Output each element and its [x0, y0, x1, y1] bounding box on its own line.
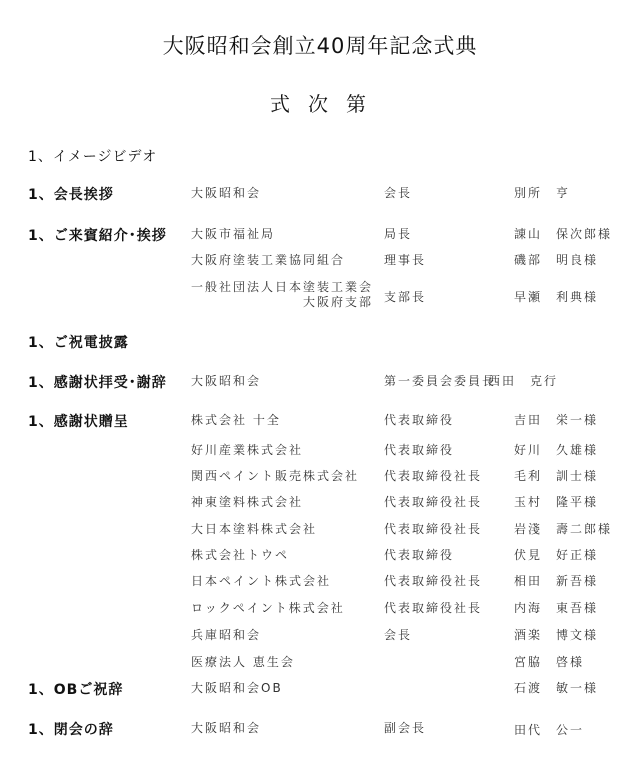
- document-subtitle: 式次第: [0, 88, 640, 117]
- program-row: 1、会長挨拶 大阪昭和会 会長 別所 亨: [0, 184, 640, 204]
- program-row: 神東塗料株式会社 代表取締役社長 玉村 隆平様: [0, 493, 640, 513]
- person-name: 西田 克行: [488, 372, 558, 389]
- person-name: 相田 新吾様: [514, 572, 598, 589]
- org-name: 好川産業株式会社: [191, 441, 303, 458]
- position-title: 代表取締役社長: [384, 572, 482, 589]
- org-name: 大阪昭和会: [191, 184, 261, 201]
- section-label: 1、OBご祝辞: [28, 679, 123, 699]
- org-name: 大阪市福祉局: [191, 225, 275, 242]
- org-name: 大日本塗料株式会社: [191, 520, 317, 537]
- org-name: 大阪昭和会OB: [191, 679, 283, 696]
- person-name: 好川 久雄様: [514, 441, 598, 458]
- section-label: 1、感謝状拝受･謝辞: [28, 372, 167, 392]
- section-label: 1、閉会の辞: [28, 719, 114, 739]
- org-name: 神東塗料株式会社: [191, 493, 303, 510]
- position-title: 代表取締役: [384, 411, 454, 428]
- program-row: 1、OBご祝辞 大阪昭和会OB 石渡 敏一様: [0, 679, 640, 699]
- org-name: 兵庫昭和会: [191, 626, 261, 643]
- position-title: 副会長: [384, 719, 426, 736]
- program-row: 大阪府支部 支部長 早瀬 利典様: [0, 293, 640, 313]
- program-row: 1、閉会の辞 大阪昭和会 副会長 田代 公一: [0, 719, 640, 739]
- org-name: 医療法人 恵生会: [191, 653, 295, 670]
- position-title: 支部長: [384, 288, 426, 305]
- person-name: 石渡 敏一様: [514, 679, 598, 696]
- position-title: 会長: [384, 184, 412, 201]
- position-title: 代表取締役社長: [384, 599, 482, 616]
- program-row: 1、イメージビデオ: [0, 146, 640, 166]
- program-row: 大阪府塗装工業協同組合 理事長 磯部 明良様: [0, 251, 640, 271]
- position-title: 局長: [384, 225, 412, 242]
- org-name: ロックペイント株式会社: [191, 599, 345, 616]
- position-title: 代表取締役: [384, 546, 454, 563]
- person-name: 吉田 栄一様: [514, 411, 598, 428]
- program-row: 株式会社トウペ 代表取締役 伏見 好正様: [0, 546, 640, 566]
- position-title: 理事長: [384, 251, 426, 268]
- program-row: 兵庫昭和会 会長 酒楽 博文様: [0, 626, 640, 646]
- person-name: 毛利 訓士様: [514, 467, 598, 484]
- section-label: 1、イメージビデオ: [28, 146, 157, 166]
- person-name: 早瀬 利典様: [514, 288, 598, 305]
- program-row: 関西ペイント販売株式会社 代表取締役社長 毛利 訓士様: [0, 467, 640, 487]
- document-title: 大阪昭和会創立40周年記念式典: [0, 30, 640, 60]
- program-row: 1、ご来賓紹介･挨拶 大阪市福祉局 局長 諌山 保次郎様: [0, 225, 640, 245]
- person-name: 諌山 保次郎様: [514, 225, 612, 242]
- program-row: 好川産業株式会社 代表取締役 好川 久雄様: [0, 441, 640, 461]
- person-name: 内海 東吾様: [514, 599, 598, 616]
- program-row: 医療法人 恵生会 宮脇 啓様: [0, 653, 640, 673]
- position-title: 会長: [384, 626, 412, 643]
- person-name: 伏見 好正様: [514, 546, 598, 563]
- org-name: 株式会社 十全: [191, 411, 281, 428]
- position-title: 代表取締役社長: [384, 467, 482, 484]
- section-label: 1、感謝状贈呈: [28, 411, 129, 431]
- org-name: 大阪昭和会: [191, 719, 261, 736]
- person-name: 別所 亨: [514, 184, 570, 201]
- person-name: 宮脇 啓様: [514, 653, 584, 670]
- position-title: 代表取締役社長: [384, 520, 482, 537]
- person-name: 岩淺 壽二郎様: [514, 520, 612, 537]
- org-name: 株式会社トウペ: [191, 546, 289, 563]
- section-label: 1、ご来賓紹介･挨拶: [28, 225, 167, 245]
- position-title: 代表取締役: [384, 441, 454, 458]
- program-row: 1、感謝状贈呈 株式会社 十全 代表取締役 吉田 栄一様: [0, 411, 640, 431]
- section-label: 1、ご祝電披露: [28, 332, 129, 352]
- program-row: 1、感謝状拝受･謝辞 大阪昭和会 第一委員会委員長 西田 克行: [0, 372, 640, 392]
- position-title: 第一委員会委員長: [384, 372, 496, 389]
- org-name-line2: 大阪府支部: [191, 293, 373, 310]
- person-name: 玉村 隆平様: [514, 493, 598, 510]
- position-title: 代表取締役社長: [384, 493, 482, 510]
- org-name: 日本ペイント株式会社: [191, 572, 331, 589]
- person-name: 磯部 明良様: [514, 251, 598, 268]
- org-name: 関西ペイント販売株式会社: [191, 467, 359, 484]
- program-row: 大日本塗料株式会社 代表取締役社長 岩淺 壽二郎様: [0, 520, 640, 540]
- program-row: ロックペイント株式会社 代表取締役社長 内海 東吾様: [0, 599, 640, 619]
- person-name: 酒楽 博文様: [514, 626, 598, 643]
- program-row: 日本ペイント株式会社 代表取締役社長 相田 新吾様: [0, 572, 640, 592]
- person-name: 田代 公一: [514, 721, 584, 738]
- org-name: 大阪府塗装工業協同組合: [191, 251, 345, 268]
- section-label: 1、会長挨拶: [28, 184, 114, 204]
- org-name: 大阪昭和会: [191, 372, 261, 389]
- program-row: 1、ご祝電披露: [0, 332, 640, 352]
